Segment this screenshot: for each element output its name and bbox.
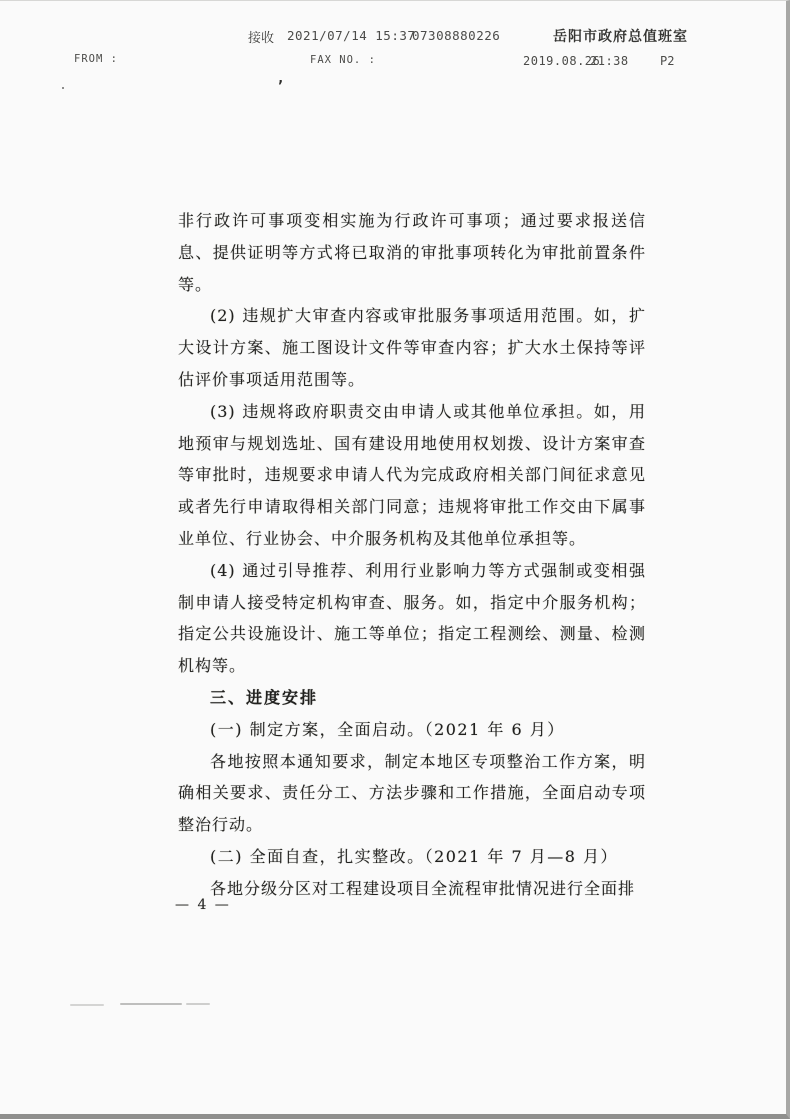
fax-header-row-2: FROM : FAX NO. : 2019.08.26 21:38 P2 [0, 53, 786, 69]
page-number: — 4 — [175, 897, 231, 913]
scan-stray-dot [62, 87, 64, 89]
scanned-fax-page: 接收 2021/07/14 15:37 07308880226 岳阳市政府总值班… [0, 0, 790, 1119]
fax-header-row-1: 接收 2021/07/14 15:37 07308880226 岳阳市政府总值班… [0, 27, 786, 45]
paragraph-item-4: (4) 通过引导推荐、利用行业影响力等方式强制或变相强制申请人接受特定机构审查、… [178, 555, 646, 682]
fax-no-label: FAX NO. : [310, 54, 376, 66]
scan-smudge-line [120, 1003, 182, 1005]
subheading-phase-2: (二) 全面自查，扎实整改。（2021 年 7 月—8 月） [178, 841, 646, 873]
subheading-phase-1: (一) 制定方案，全面启动。（2021 年 6 月） [178, 714, 646, 746]
paragraph-item-3: (3) 违规将政府职责交由申请人或其他单位承担。如，用地预审与规划选址、国有建设… [178, 396, 646, 555]
paragraph-continuation: 非行政许可事项变相实施为行政许可事项；通过要求报送信息、提供证明等方式将已取消的… [178, 205, 646, 300]
paragraph-phase-1-body: 各地按照本通知要求，制定本地区专项整治工作方案，明确相关要求、责任分工、方法步骤… [178, 746, 646, 841]
receive-label: 接收 [248, 27, 274, 46]
paragraph-item-2: (2) 违规扩大审查内容或审批服务事项适用范围。如，扩大设计方案、施工图设计文件… [178, 300, 646, 395]
sent-date: 2019.08.26 [523, 54, 600, 68]
scan-smudge-line [186, 1003, 210, 1005]
scan-smudge-line [70, 1004, 104, 1006]
scan-stray-mark: ’ [276, 79, 284, 95]
fax-page-indicator: P2 [660, 54, 674, 68]
receiving-office-name: 岳阳市政府总值班室 [553, 26, 688, 46]
receive-datetime: 2021/07/14 15:37 [287, 28, 415, 43]
sent-time: 21:38 [590, 54, 629, 68]
from-label: FROM : [74, 53, 118, 65]
fax-number: 07308880226 [412, 28, 500, 43]
paragraph-phase-2-body: 各地分级分区对工程建设项目全流程审批情况进行全面排 [178, 873, 646, 905]
document-body: 非行政许可事项变相实施为行政许可事项；通过要求报送信息、提供证明等方式将已取消的… [178, 205, 646, 905]
section-heading-progress-plan: 三、进度安排 [178, 682, 646, 714]
